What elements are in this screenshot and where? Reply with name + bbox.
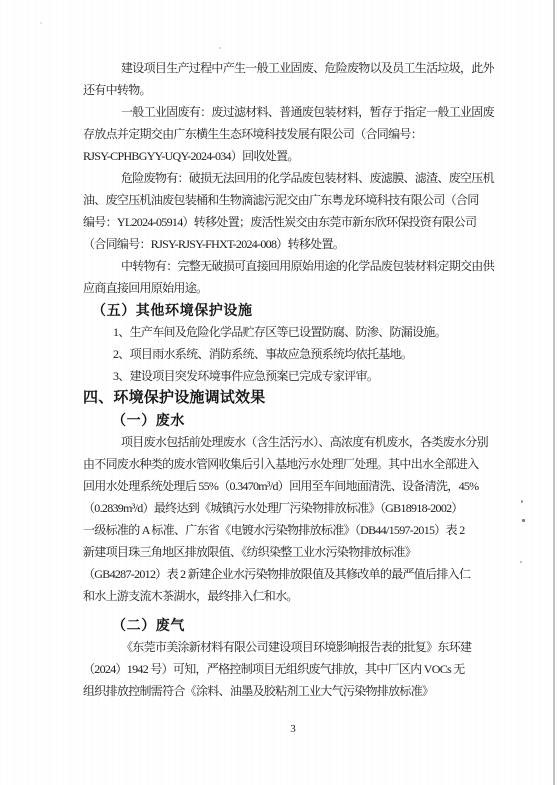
list-item: 2、项目雨水系统、消防系统、事故应急预系统均依托基地。 <box>83 343 513 365</box>
list-item: 1、生产车间及危险化学品贮存区等已设置防腐、防渗、防漏设施。 <box>83 321 513 343</box>
paragraph-line: 建设项目生产过程中产生一般工业固废、危险废物以及员工生活垃圾，此外 <box>83 57 513 79</box>
document-page: 建设项目生产过程中产生一般工业固废、危险废物以及员工生活垃圾，此外 还有中转物。… <box>0 0 558 785</box>
paragraph-line: 回用水处理系统处理后 55%（0.3470m³/d）回用至车间地面清洗、设备清洗… <box>83 475 513 497</box>
paragraph-line: 由不同废水种类的废水管网收集后引入基地污水处理厂处理。其中出水全部进入 <box>83 453 513 475</box>
paragraph-line: 危险废物有：破损无法回用的化学品废包装材料、废滤膜、滤渣、废空压机 <box>83 167 513 189</box>
scan-speck <box>520 561 522 563</box>
paragraph-line: （合同编号：RJSY-RJSY-FHXT-2024-008）转移处置。 <box>83 233 513 255</box>
paragraph-line: 一级标准的 A 标准、广东省《电镀水污染物排放标准》（DB44/1597-201… <box>83 519 513 541</box>
paragraph-line: 项目废水包括前处理废水（含生活污水）、高浓度有机废水，各类废水分别 <box>83 431 513 453</box>
paragraph-line: （0.2839m³/d）最终达到《城镇污水处理厂污染物排放标准》（GB18918… <box>83 497 513 519</box>
paragraph-line: 新建项目珠三角地区排放限值、《纺织染整工业水污染物排放标准》 <box>83 541 513 563</box>
paragraph-line: （2024）1942 号）可知，严格控制项目无组织废气排放，其中厂区内 VOCs… <box>83 658 513 680</box>
document-body: 建设项目生产过程中产生一般工业固废、危险废物以及员工生活垃圾，此外 还有中转物。… <box>83 57 513 702</box>
paragraph-line: 应商直接回用原始用途。 <box>83 277 513 299</box>
section-heading-debug-effect: 四、环境保护设施调试效果 <box>83 387 513 409</box>
scan-speck <box>522 519 525 522</box>
paragraph-line: 存放点并定期交由广东横生生态环境科技发展有限公司（合同编号： <box>83 123 513 145</box>
paragraph-line: 组织排放控制需符合《涂料、油墨及胶粘剂工业大气污染物排放标准》 <box>83 680 513 702</box>
paragraph-line: （GB4287-2012）表 2 新建企业水污染物排放限值及其修改单的最严值后排… <box>83 563 513 585</box>
scan-speck <box>219 47 221 49</box>
page-number: 3 <box>83 723 503 735</box>
paragraph-line: 还有中转物。 <box>83 79 513 101</box>
paragraph-line: 《东莞市美涂新材料有限公司建设项目环境影响报告表的批复》东环建 <box>83 636 513 658</box>
paragraph-line: 中转物有：完整无破损可直接回用原始用途的化学品废包装材料定期交由供 <box>83 255 513 277</box>
paragraph-line: RJSY-CPHBGYY-UQY-2024-034）回收处置。 <box>83 145 513 167</box>
scan-speck <box>40 22 42 24</box>
scan-edge-line <box>553 0 555 785</box>
list-item: 3、建设项目突发环境事件应急预案已完成专家评审。 <box>83 365 513 387</box>
paragraph-line: 一般工业固废有：废过滤材料、普通废包装材料，暂存于指定一般工业固废 <box>83 101 513 123</box>
paragraph-line: 编号：YL2024-05914）转移处置；废活性炭交由东莞市新东欣环保投资有限公… <box>83 211 513 233</box>
subsection-heading-other-facilities: （五）其他环境保护设施 <box>83 299 513 321</box>
scan-speck <box>521 500 523 503</box>
subsection-heading-wastewater: （一）废水 <box>83 409 513 431</box>
subsection-heading-waste-gas: （二）废气 <box>83 614 513 636</box>
paragraph-line: 和水上游支流木茶湖水，最终排入仁和水。 <box>83 585 513 607</box>
paragraph-line: 油、废空压机油废包装桶和生物滴滤污泥交由广东粤龙环境科技有限公司（合同 <box>83 189 513 211</box>
